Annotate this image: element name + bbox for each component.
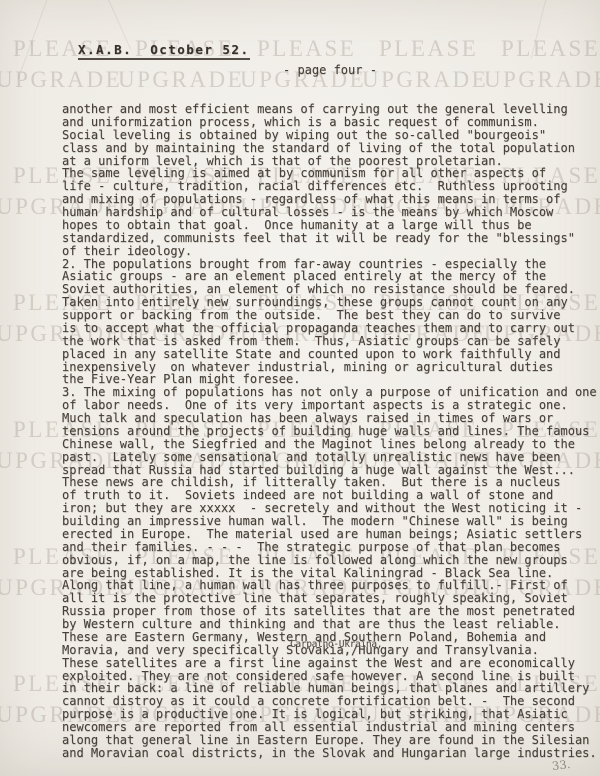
- document-line: Chinese wall, the Siegfried and the Magi…: [62, 438, 600, 451]
- document-line: Social leveling is obtained by wiping ou…: [62, 129, 600, 142]
- document-line: support or backing from the outside. The…: [62, 309, 600, 322]
- document-line: building an impressive human wall. The m…: [62, 515, 600, 528]
- document-line: standardized, communists feel that it wi…: [62, 232, 600, 245]
- document-line: Moravia, and very specifically Slovakia,…: [62, 644, 600, 657]
- document-line: Much talk and speculation has been alway…: [62, 412, 600, 425]
- document-line: human hardship and of cultural losses - …: [62, 206, 600, 219]
- document-line: These satellites are a first line agains…: [62, 657, 600, 670]
- document-line: is to accept what the official propagand…: [62, 322, 600, 335]
- document-line: newcomers are reported from all essentia…: [62, 721, 600, 734]
- document-line: by Western culture and thinking and that…: [62, 618, 600, 631]
- document-line: tensions around the projects of building…: [62, 425, 600, 438]
- document-line: past. Lately some sensational and totall…: [62, 451, 600, 464]
- interline-insertion: Carpatho-Ukraina,: [290, 639, 382, 652]
- page-number-label: - page four -: [283, 63, 377, 77]
- handwritten-page-number: 33.: [551, 757, 571, 773]
- document-line: placed in any satellite State and counte…: [62, 348, 600, 361]
- document-body: another and most efficient means of carr…: [62, 103, 600, 760]
- document-reference-title: X.A.B. October 52.: [78, 42, 250, 60]
- document-line: erected in Europe. The material used are…: [62, 528, 600, 541]
- document-line: obvious, if, on a map, the line is follo…: [62, 554, 600, 567]
- document-line: along that general line in Eastern Europ…: [62, 734, 600, 747]
- document-line: and their families. - - - The strategic …: [62, 541, 600, 554]
- document-line: hopes to obtain that goal. Once humanity…: [62, 219, 600, 232]
- document-line: and uniformization process, which is a b…: [62, 116, 600, 129]
- document-line: of their ideology.: [62, 245, 600, 258]
- document-line: class and by maintaining the standard of…: [62, 142, 600, 155]
- document-line: the work that is asked from them. Thus, …: [62, 335, 600, 348]
- document-line: and Moravian coal districts, in the Slov…: [62, 747, 600, 760]
- document-line: another and most efficient means of carr…: [62, 103, 600, 116]
